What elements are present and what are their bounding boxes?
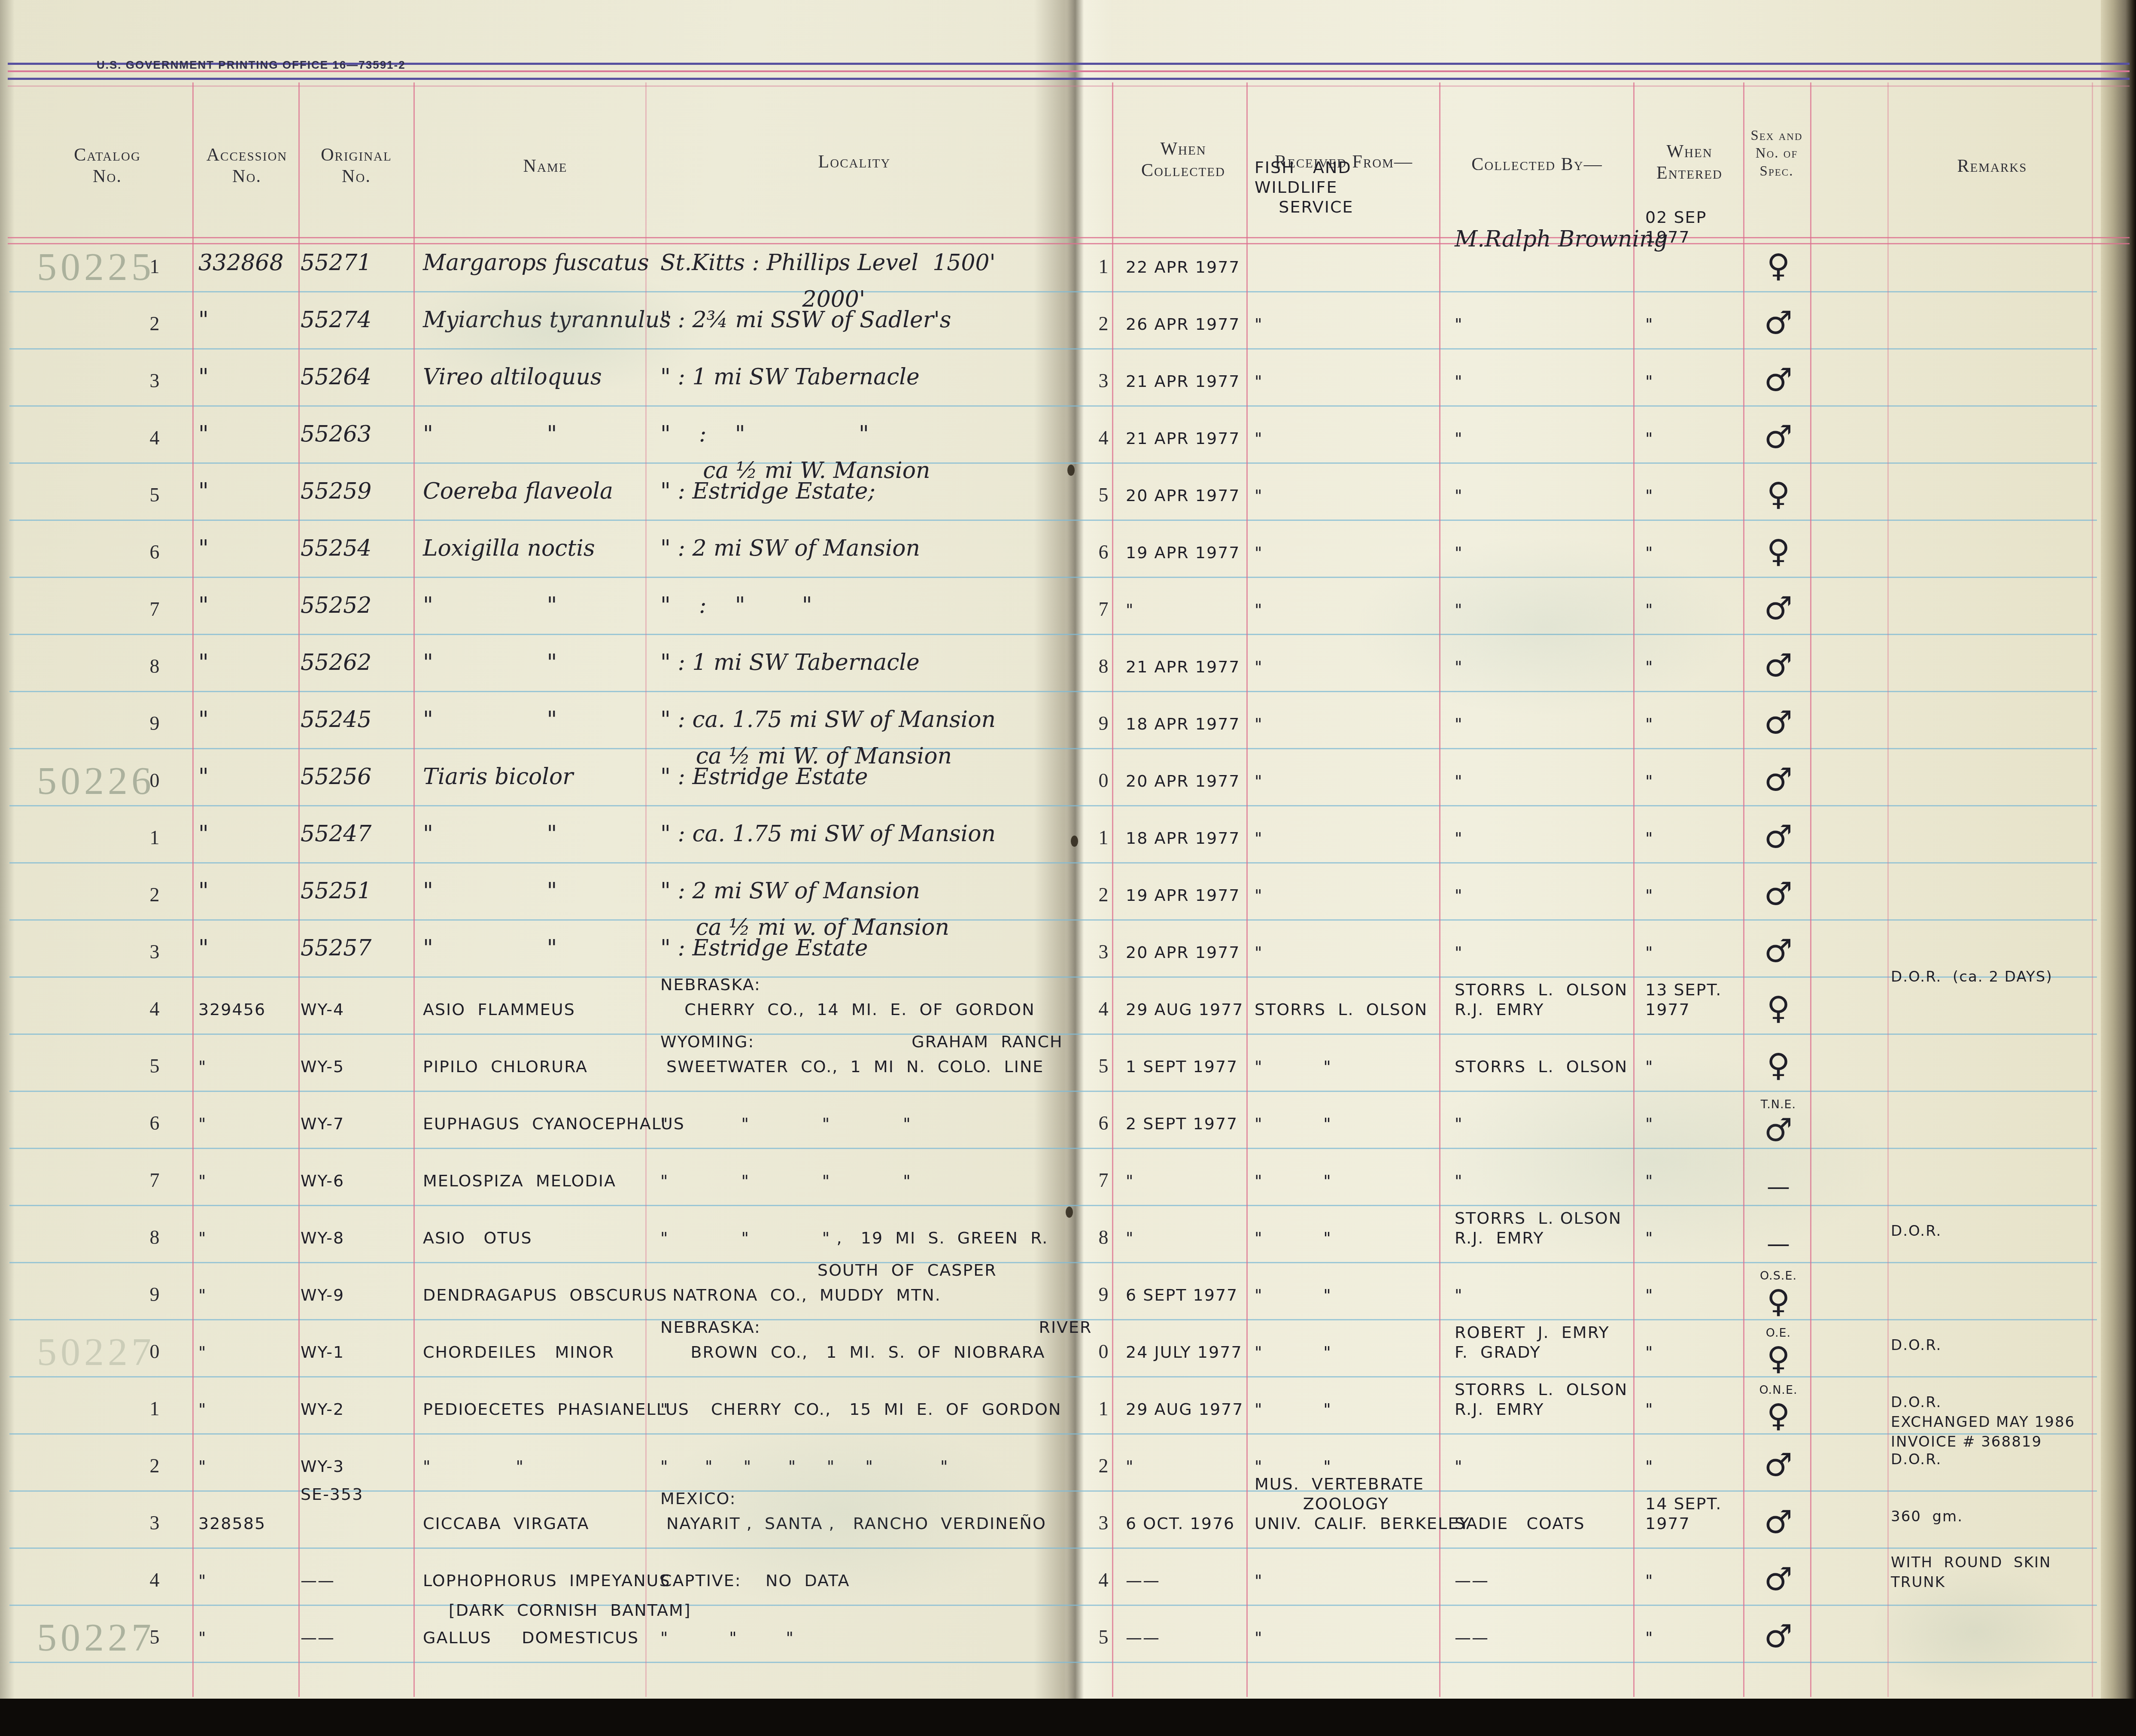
sex-symbol: ♂ [1745,419,1812,456]
received-from: " [1255,1628,1263,1647]
received-from: UNIV. CALIF. BERKELEY [1255,1514,1470,1533]
when-entered: " [1645,1114,1653,1133]
catalog-digit: 1 [134,1397,175,1420]
catalog-digit: 4 [134,426,175,449]
original-no: WY-4 [301,1000,344,1019]
species-name: Margarops fuscatus [423,250,649,276]
accession-no: " [198,421,209,447]
when-entered: " [1645,1343,1653,1362]
received-from: " " [1255,1400,1332,1419]
received-from: " " [1255,1114,1332,1133]
when-entered: " [1645,1171,1653,1190]
received-from: " " [1255,1457,1332,1476]
when-entered: " [1645,1057,1653,1076]
locality: CHERRY CO., 14 MI. E. OF GORDON [660,1000,1035,1019]
sex-symbol: ♂ [1745,647,1812,684]
row-rule [9,976,2097,978]
when-entered: " [1645,1228,1653,1247]
when-entered: " [1645,372,1653,391]
sex-symbol: ♂ [1745,1112,1812,1149]
when-collected: 2 SEPT 1977 [1126,1114,1238,1133]
col-header-when-entered: WhenEntered [1637,141,1742,184]
when-entered: " [1645,543,1653,562]
when-collected: " [1126,1228,1134,1247]
column-rule [1743,82,1744,1697]
catalog-digit: 2 [134,883,175,906]
locality: CAPTIVE: NO DATA [660,1571,850,1590]
collected-digit: 5 [1091,483,1116,506]
original-no: WY-8 [301,1228,344,1247]
received-from: " [1255,372,1263,391]
when-entered: " [1645,1400,1653,1419]
sex-annotation: O.E. [1745,1326,1812,1340]
species-name: CICCABA VIRGATA [423,1514,589,1533]
original-no: 55252 [301,593,371,618]
catalog-digit: 0 [134,769,175,792]
catalog-digit: 3 [134,369,175,392]
catalog-digit: 7 [134,598,175,620]
collected-digit: 4 [1091,1569,1116,1591]
received-from: " " [1255,1171,1332,1190]
catalog-digit: 9 [134,712,175,735]
accession-no: " [198,1400,207,1419]
sex-symbol: ♂ [1745,933,1812,970]
collected-by: " [1455,543,1463,562]
remarks: EXCHANGED MAY 1986 [1891,1414,2075,1431]
collected-digit: 2 [1091,312,1116,335]
printing-office-imprint: U.S. GOVERNMENT PRINTING OFFICE 16—73591… [97,58,406,72]
when-collected: 20 APR 1977 [1126,943,1240,962]
when-entered: 1977 [1645,228,1690,246]
accession-no: " [198,764,209,790]
collected-digit: 3 [1091,940,1116,963]
when-entered: " [1645,657,1653,676]
original-no: 55259 [301,478,371,504]
original-no: 55245 [301,707,371,733]
original-no: 55257 [301,935,371,961]
collected-digit: 3 [1091,1511,1116,1534]
when-collected: 6 SEPT 1977 [1126,1286,1238,1304]
catalog-digit: 6 [134,1112,175,1134]
collected-by: " [1455,714,1463,733]
collected-by: " [1455,1457,1463,1476]
locality: " : 2 mi SW of Mansion [660,878,920,904]
collected-digit: 1 [1091,255,1116,278]
catalog-digit: 2 [134,312,175,335]
species-name: " " [423,593,557,618]
sex-symbol: ♀ [1745,247,1812,284]
accession-no: " [198,1457,207,1476]
collected-by: M.Ralph Browning [1455,226,1668,252]
collected-digit: 1 [1091,826,1116,849]
collected-digit: 9 [1091,712,1116,735]
locality-note: WYOMING: GRAHAM RANCH [660,1032,1063,1051]
sex-symbol: ♂ [1745,1618,1812,1655]
species-name: GALLUS DOMESTICUS [423,1628,639,1647]
when-collected: 18 APR 1977 [1126,829,1240,848]
sex-symbol: ♂ [1745,1504,1812,1541]
locality: " " " [660,1628,794,1647]
row-rule [9,1205,2097,1206]
received-from: " [1255,600,1263,619]
row-rule [9,462,2097,464]
ledger-scan: U.S. GOVERNMENT PRINTING OFFICE 16—73591… [0,0,2136,1736]
catalog-digit: 6 [134,541,175,563]
remarks: TRUNK [1891,1574,1945,1591]
original-no: 55274 [301,307,371,333]
sex-symbol: ♂ [1745,1447,1812,1484]
locality: " " " " " " " [660,1457,948,1476]
accession-no: 332868 [198,250,284,276]
catalog-digit: 5 [134,1626,175,1648]
sex-symbol: ♂ [1745,362,1812,398]
received-from: " " [1255,1343,1332,1362]
collected-digit: 9 [1091,1283,1116,1306]
when-entered: " [1645,772,1653,790]
row-rule [9,634,2097,635]
catalog-digit: 1 [134,255,175,278]
accession-no: " [198,307,209,333]
when-entered: 13 SEPT. [1645,980,1722,999]
catalog-digit: 4 [134,1569,175,1591]
binding-hole [1066,1207,1073,1218]
received-from: " " [1255,1228,1332,1247]
collected-by: " [1455,429,1463,448]
when-collected: 21 APR 1977 [1126,657,1240,676]
collected-digit: 6 [1091,1112,1116,1134]
original-no: WY-5 [301,1057,344,1076]
collected-by: STORRS L. OLSON [1455,980,1628,999]
col-header-catalog: CatalogNo. [39,144,176,188]
sex-symbol: — [1745,1173,1812,1200]
locality: " : " " [660,421,869,447]
species-name: Vireo altiloquus [423,364,602,390]
collected-by: ROBERT J. EMRY [1455,1323,1610,1342]
collected-by: SADIE COATS [1455,1514,1585,1533]
received-from: FISH AND [1255,158,1352,177]
accession-no: " [198,650,209,675]
row-rule [9,348,2097,350]
locality: NAYARIT , SANTA , RANCHO VERDINEÑO [660,1514,1046,1533]
locality: BROWN CO., 1 MI. S. OF NIOBRARA [660,1343,1045,1362]
locality-note: MEXICO: [660,1489,736,1508]
sex-symbol: ♂ [1745,304,1812,341]
accession-no: " [198,878,209,904]
collected-by: " [1455,1114,1463,1133]
catalog-digit: 0 [134,1340,175,1363]
remarks: WITH ROUND SKIN [1891,1554,2051,1571]
received-from: STORRS L. OLSON [1255,1000,1428,1019]
received-from: " [1255,772,1263,790]
when-collected: 21 APR 1977 [1126,372,1240,391]
species-name: ASIO FLAMMEUS [423,1000,575,1019]
locality: " CHERRY CO., 15 MI E. OF GORDON [660,1400,1061,1419]
column-rule [1439,82,1440,1697]
locality-note: NEBRASKA: [660,975,761,994]
when-entered: 1977 [1645,1000,1690,1019]
when-collected: —— [1126,1628,1160,1647]
original-no: 55251 [301,878,371,904]
locality: " : 2¾ mi SSW of Sadler's [660,307,951,333]
received-from: " [1255,943,1263,962]
remarks: 360 gm. [1891,1508,1963,1525]
collected-by: R.J. EMRY [1455,1228,1544,1247]
locality: " : ca. 1.75 mi SW of Mansion [660,707,996,733]
column-rule [413,82,415,1697]
collected-by: STORRS L. OLSON [1455,1380,1628,1399]
accession-no: " [198,478,209,504]
when-entered: " [1645,943,1653,962]
column-rule [1246,82,1248,1697]
col-header-name: Name [429,155,661,177]
species-name: PIPILO CHLORURA [423,1057,588,1076]
when-entered: " [1645,1286,1653,1304]
sex-symbol: ♂ [1745,1561,1812,1598]
when-collected: 19 APR 1977 [1126,543,1240,562]
original-no: WY-7 [301,1114,344,1133]
collected-digit: 8 [1091,1226,1116,1249]
accession-no: " [198,1571,207,1590]
accession-no: 329456 [198,1000,266,1019]
locality: " : 2 mi SW of Mansion [660,535,920,561]
when-entered: " [1645,1457,1653,1476]
book-page-edges [2101,0,2136,1736]
sex-symbol: ♂ [1745,590,1812,627]
original-no: 55264 [301,364,371,390]
accession-no: " [198,1057,207,1076]
species-name: LOPHOPHORUS IMPEYANUS [423,1571,671,1590]
collected-digit: 0 [1091,769,1116,792]
accession-no: " [198,935,209,961]
collected-digit: 2 [1091,883,1116,906]
catalog-digit: 1 [134,826,175,849]
accession-no: " [198,1171,207,1190]
collected-by: " [1455,372,1463,391]
collected-digit: 8 [1091,655,1116,678]
col-header-sex: Sex andNo. ofSpec. [1742,127,1811,180]
received-from: " [1255,429,1263,448]
original-no: WY-1 [301,1343,344,1362]
sex-symbol: ♂ [1745,876,1812,912]
locality: St.Kitts : Phillips Level 1500' [660,250,996,276]
catalog-digit: 5 [134,483,175,506]
species-name: Loxigilla noctis [423,535,595,561]
species-name: " " [423,1457,524,1476]
collected-by: R.J. EMRY [1455,1400,1544,1419]
species-name: ASIO OTUS [423,1228,532,1247]
original-no: —— [301,1571,335,1590]
column-rule [1633,82,1635,1697]
original-no: WY-6 [301,1171,344,1190]
received-from: " [1255,486,1263,505]
collected-digit: 2 [1091,1454,1116,1477]
collected-by: " [1455,486,1463,505]
accession-no: " [198,364,209,390]
when-collected: 26 APR 1977 [1126,315,1240,334]
species-name-note: [DARK CORNISH BANTAM] [449,1601,691,1620]
when-collected: " [1126,1457,1134,1476]
when-entered: " [1645,1571,1653,1590]
col-header-when-collected: WhenCollected [1121,138,1245,182]
col-header-original: OriginalNo. [301,144,412,188]
collected-by: " [1455,657,1463,676]
binding-hole [1067,465,1075,476]
collected-digit: 1 [1091,1397,1116,1420]
received-from: " [1255,829,1263,848]
accession-no: " [198,593,209,618]
when-collected: 22 APR 1977 [1126,258,1240,277]
received-from: " [1255,543,1263,562]
sex-annotation: O.N.E. [1745,1383,1812,1397]
collected-digit: 3 [1091,369,1116,392]
locality-note: SOUTH OF CASPER [660,1261,997,1280]
species-name: Tiaris bicolor [423,764,573,790]
when-collected: " [1126,1171,1134,1190]
when-collected: 6 OCT. 1976 [1126,1514,1235,1533]
row-rule [9,1605,2097,1606]
species-name: " " [423,821,557,847]
when-entered: 1977 [1645,1514,1690,1533]
catalog-digit: 3 [134,940,175,963]
received-from: " [1255,1571,1263,1590]
species-name: " " [423,650,557,675]
row-rule [1887,82,1889,1697]
locality: " " " , 19 MI S. GREEN R. [660,1228,1048,1247]
sex-symbol: ♂ [1745,761,1812,798]
when-entered: " [1645,714,1653,733]
remarks: D.O.R. [1891,1451,1942,1468]
accession-no: " [198,1114,207,1133]
collected-digit: 7 [1091,598,1116,620]
collected-by: " [1455,600,1463,619]
collected-by: " [1455,315,1463,334]
when-entered: " [1645,315,1653,334]
locality: " " " " [660,1171,912,1190]
when-entered: " [1645,486,1653,505]
accession-no: " [198,1228,207,1247]
when-collected: 29 AUG 1977 [1126,1400,1243,1419]
accession-no: 328585 [198,1514,266,1533]
collected-by: STORRS L. OLSON [1455,1057,1628,1076]
collected-digit: 5 [1091,1055,1116,1077]
locality: NATRONA CO., MUDDY MTN. [660,1286,941,1304]
column-rule [192,82,194,1697]
collected-digit: 0 [1091,1340,1116,1363]
when-entered: " [1645,829,1653,848]
sex-symbol: ♂ [1745,818,1812,855]
sex-symbol: — [1745,1230,1812,1257]
accession-no: " [198,707,209,733]
original-no: 55263 [301,421,371,447]
species-name: PEDIOECETES PHASIANELLUS [423,1400,690,1419]
locality: " : Estridge Estate [660,935,868,961]
sex-symbol: ♀ [1745,1340,1812,1377]
catalog-digit: 4 [134,997,175,1020]
catalog-digit: 7 [134,1169,175,1192]
collected-by: —— [1455,1628,1489,1647]
locality-note: NEBRASKA: RIVER [660,1318,1092,1337]
row-rule [9,405,2097,407]
accession-no: " [198,1343,207,1362]
species-name: MELOSPIZA MELODIA [423,1171,616,1190]
catalog-digit: 5 [134,1055,175,1077]
sex-symbol: ♀ [1745,1283,1812,1320]
when-entered: 02 SEP [1645,208,1707,227]
row-rule [9,748,2097,749]
original-no: 55254 [301,535,371,561]
when-collected: 19 APR 1977 [1126,886,1240,905]
remarks: D.O.R. (ca. 2 DAYS) [1891,968,2053,985]
locality: " : Estridge Estate [660,764,868,790]
row-rule [9,291,2097,292]
species-name: " " [423,878,557,904]
accession-no: " [198,535,209,561]
collected-by: R.J. EMRY [1455,1000,1544,1019]
accession-no: " [198,1286,207,1304]
species-name: " " [423,707,557,733]
received-from: " [1255,886,1263,905]
locality: " : Estridge Estate; [660,478,875,504]
col-header-collected-by: Collected By— [1443,154,1632,175]
locality: " : 1 mi SW Tabernacle [660,364,920,390]
sex-annotation: T.N.E. [1745,1098,1812,1111]
row-rule [9,577,2097,578]
row-rule [9,520,2097,521]
row-rule [9,1091,2097,1092]
row-rule [9,805,2097,806]
species-name: " " [423,421,557,447]
when-collected: 1 SEPT 1977 [1126,1057,1238,1076]
locality: SWEETWATER CO., 1 MI N. COLO. LINE [660,1057,1044,1076]
received-from: " " [1255,1286,1332,1304]
when-collected: 21 APR 1977 [1126,429,1240,448]
received-from: WILDLIFE [1255,178,1337,197]
binding-hole [1071,836,1078,847]
collected-digit: 7 [1091,1169,1116,1192]
row-rule [9,919,2097,921]
accession-no: " [198,1628,207,1647]
when-collected: 29 AUG 1977 [1126,1000,1243,1019]
row-rule [9,691,2097,692]
catalog-digit: 8 [134,1226,175,1249]
catalog-digit: 9 [134,1283,175,1306]
collected-digit: 5 [1091,1626,1116,1648]
scan-background [0,1699,2136,1736]
row-rule [9,862,2097,863]
when-collected: 20 APR 1977 [1126,772,1240,790]
collected-digit: 4 [1091,426,1116,449]
collected-by: " [1455,829,1463,848]
sex-symbol: ♂ [1745,704,1812,741]
catalog-digit: 8 [134,655,175,678]
collected-by: STORRS L. OLSON [1455,1209,1622,1228]
when-entered: " [1645,600,1653,619]
when-entered: " [1645,886,1653,905]
accession-no: " [198,821,209,847]
page-curl-shadow [0,0,15,1736]
remarks: D.O.R. [1891,1394,1942,1411]
row-rule [9,1262,2097,1263]
when-entered: " [1645,429,1653,448]
received-from: " [1255,315,1263,334]
received-from: " [1255,657,1263,676]
original-no-note: SE-353 [301,1485,363,1504]
locality: " : ca. 1.75 mi SW of Mansion [660,821,996,847]
column-rule [298,82,300,1697]
when-collected: —— [1126,1571,1160,1590]
when-collected: 24 JULY 1977 [1126,1343,1243,1362]
sex-symbol: ♀ [1745,990,1812,1027]
